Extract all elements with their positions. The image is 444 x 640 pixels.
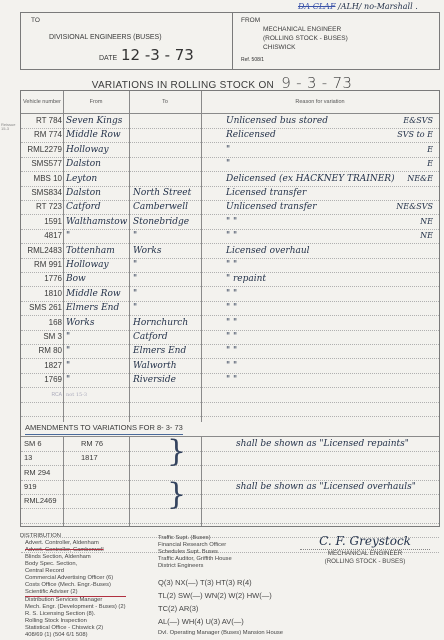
reason: " — [226, 143, 230, 157]
from-location: " — [66, 373, 70, 387]
top-annotation: DA CLAF /ALH/ no-Marshall . — [298, 2, 418, 11]
struck-annotation: DA CLAF — [298, 2, 336, 11]
from-location: " — [66, 359, 70, 373]
to-location: " — [133, 301, 137, 315]
division-code: E — [427, 157, 433, 171]
from-location: " — [66, 344, 70, 358]
side-note: Reissue 15-3 — [1, 123, 19, 131]
vehicle-number: 1810 — [44, 287, 62, 301]
vehicle-number: RT 723 — [36, 200, 62, 214]
table-row: RT 723CatfordCamberwellUnlicensed transf… — [21, 200, 439, 215]
distribution-item: District Engineers — [158, 563, 232, 570]
division-code: NE&E — [407, 172, 433, 186]
table-row: 1769"Riverside" " — [21, 373, 439, 388]
distribution-item: Body Spec. Section, — [25, 561, 126, 568]
division-code: NE — [420, 215, 433, 229]
table-row: RM 774Middle RowRelicensedSVS to E — [21, 128, 439, 143]
table-row — [21, 402, 439, 417]
distribution-item: Blinds Section, Aldenham — [25, 554, 126, 561]
to-location: Works — [133, 244, 161, 258]
signature-block: C. F. Greystock MECHANICAL ENGINEER (ROL… — [300, 534, 430, 566]
from-location: Holloway — [66, 258, 109, 272]
division-code: SVS to E — [397, 128, 433, 142]
distribution-item: 408/69 (1) (504 6/1 508) — [25, 632, 126, 639]
vehicle-number: RML2469 — [24, 494, 57, 508]
amendment-row — [21, 509, 439, 524]
table-row: RML2279Holloway"E — [21, 143, 439, 158]
from-location: not 15-3 — [66, 388, 87, 402]
distribution-item: Costs Office (Mech. Engr.-Buses) — [25, 582, 126, 589]
district-code-line: TL(2) SW(—) WN(2) W(2) HW(—) — [158, 591, 272, 600]
replacement-vehicle: 1817 — [81, 451, 98, 465]
to-location: Riverside — [133, 373, 176, 387]
to-location: Hornchurch — [133, 316, 188, 330]
table-row: RT 784Seven KingsUnlicensed bus storedE&… — [21, 114, 439, 129]
table-row: SMS834DalstonNorth StreetLicensed transf… — [21, 186, 439, 201]
distribution-item: Distribution Services Manager — [25, 597, 126, 604]
table-row: 1591WalthamstowStonebridge" "NE — [21, 215, 439, 230]
distribution-item: Rolling Stock Inspection — [25, 618, 126, 625]
reason: " " — [226, 215, 237, 229]
to-location: " — [133, 258, 137, 272]
amendment-reason: shall be shown as "Licensed repaints" — [236, 437, 409, 451]
from-location: Catford — [66, 200, 101, 214]
vehicle-number: RM 991 — [34, 258, 62, 272]
to-location: Stonebridge — [133, 215, 189, 229]
reason: " " — [226, 258, 237, 272]
vehicle-number: MBS 10 — [34, 172, 62, 186]
distribution-item: Schedules Supt. Buses — [158, 549, 232, 556]
from-location: Dalston — [66, 157, 101, 171]
from-line-2: (ROLLING STOCK - BUSES) — [263, 35, 348, 42]
col-header-to: To — [129, 91, 201, 113]
header-box: TO DIVISIONAL ENGINEERS (BUSES) DATE 12 … — [20, 12, 440, 70]
signature-role-1: MECHANICAL ENGINEER — [300, 550, 430, 558]
from-location: Middle Row — [66, 287, 121, 301]
to-location: Elmers End — [133, 344, 186, 358]
signature: C. F. Greystock — [300, 534, 430, 550]
distribution-right: Traffic Supt. (Buses)Financial Research … — [158, 535, 232, 570]
distribution-right-list: Traffic Supt. (Buses)Financial Research … — [158, 535, 232, 570]
from-line-1: MECHANICAL ENGINEER — [263, 26, 341, 33]
distribution-item: Traffic Supt. (Buses) — [158, 535, 232, 542]
reason: " — [226, 157, 230, 171]
district-code-line: Q(3) NX(—) T(3) HT(3) R(4) — [158, 578, 252, 587]
vehicle-number: RML2483 — [27, 244, 62, 258]
reason: Unlicensed transfer — [226, 200, 317, 214]
district-code-line: TC(2) AR(3) — [158, 604, 198, 613]
from-location: Tottenham — [66, 244, 115, 258]
reason: " " — [226, 330, 237, 344]
division-code: NE — [420, 229, 433, 243]
reason: Licensed transfer — [226, 186, 306, 200]
annotation-text: /ALH/ no-Marshall . — [338, 2, 418, 11]
distribution-item: Mech. Engr. (Development - Buses) (2) — [25, 604, 126, 611]
from-location: " — [66, 229, 70, 243]
reason: Licensed overhaul — [226, 244, 310, 258]
table-row: 1827"Walworth" " — [21, 359, 439, 374]
reason: " " — [226, 301, 237, 315]
vehicle-number: RCA — [51, 388, 62, 402]
amendment-row: 919shall be shown as "Licensed overhauls… — [21, 480, 439, 495]
reason: Relicensed — [226, 128, 276, 142]
distribution-item: Scientific Adviser (2) — [25, 589, 126, 597]
amendments-heading: AMENDMENTS TO VARIATIONS FOR 8- 3- 73 — [25, 422, 183, 435]
table-row: 4817""" "NE — [21, 229, 439, 244]
from-label: FROM — [241, 17, 260, 24]
distribution-heading: DISTRIBUTION — [20, 533, 126, 540]
table-row: SM 3"Catford" " — [21, 330, 439, 345]
vehicle-number: RT 784 — [36, 114, 62, 128]
vehicle-number: RML2279 — [27, 143, 62, 157]
vehicle-number: 1591 — [44, 215, 62, 229]
table-row: MBS 10LeytonDelicensed (ex HACKNEY TRAIN… — [21, 172, 439, 187]
table-row: SMS 261Elmers End"" " — [21, 301, 439, 316]
table-row: 168WorksHornchurch" " — [21, 316, 439, 331]
vehicle-number: 1827 — [44, 359, 62, 373]
amendment-reason: shall be shown as "Licensed overhauls" — [236, 480, 416, 494]
brace-mark: } — [167, 437, 186, 467]
amendment-row: RM 294 — [21, 466, 439, 481]
division-code: NE&SVS — [396, 200, 433, 214]
from-location: Leyton — [66, 172, 97, 186]
distribution-item: R. S. Licensing Section (8). — [25, 611, 126, 618]
district-code-line: AL(—) WH(4) U(3) AV(—) — [158, 617, 244, 626]
from-location: Holloway — [66, 143, 109, 157]
replacement-vehicle: RM 76 — [81, 437, 103, 451]
from-location: Elmers End — [66, 301, 119, 315]
vehicle-number: RM 774 — [34, 128, 62, 142]
col-header-vehicle: Vehicle number — [21, 91, 63, 113]
vehicle-number: 4817 — [44, 229, 62, 243]
table-row: RM 80"Elmers End" " — [21, 344, 439, 359]
to-location: Catford — [133, 330, 168, 344]
vehicle-number: SMS834 — [31, 186, 62, 200]
amendment-row: RML2469 — [21, 494, 439, 509]
reason: " " — [226, 229, 237, 243]
date-value: 12 -3 - 73 — [121, 46, 194, 64]
from-location: Works — [66, 316, 94, 330]
distribution-list: DISTRIBUTION Advert. Controller, Aldenha… — [20, 533, 126, 639]
distribution-item: Traffic Auditor, Griffith House — [158, 556, 232, 563]
distribution-left: Advert. Controller, AldenhamAdvert. Cont… — [20, 540, 126, 639]
table-row: RCAnot 15-3 — [21, 388, 439, 403]
vehicle-number: SM 3 — [43, 330, 62, 344]
to-location: " — [133, 287, 137, 301]
distribution-item: Statistical Office - Chiswick (2) — [25, 625, 126, 632]
table-row: RM 991Holloway"" " — [21, 258, 439, 273]
to-section: TO DIVISIONAL ENGINEERS (BUSES) DATE 12 … — [21, 13, 233, 69]
from-location: Walthamstow — [66, 215, 127, 229]
reason: " " — [226, 316, 237, 330]
reason: Unlicensed bus stored — [226, 114, 328, 128]
vehicle-number: 1769 — [44, 373, 62, 387]
from-location: Seven Kings — [66, 114, 122, 128]
col-header-reason: Reason for variation — [201, 91, 439, 113]
distribution-item: Commercial Advertising Officer (6) — [25, 575, 126, 582]
vehicle-number: 919 — [24, 480, 37, 494]
ref-number: Ref. 508/1 — [241, 57, 264, 63]
vehicle-number: SMS 261 — [29, 301, 62, 315]
distribution-item: Financial Research Officer — [158, 542, 232, 549]
vehicle-number: SM 6 — [24, 437, 42, 451]
signature-role-2: (ROLLING STOCK - BUSES) — [300, 558, 430, 566]
from-location: Middle Row — [66, 128, 121, 142]
vehicle-number: 168 — [49, 316, 62, 330]
from-section: FROM MECHANICAL ENGINEER (ROLLING STOCK … — [233, 13, 439, 69]
distribution-footer: Dvl. Operating Manager (Buses) Mansion H… — [158, 630, 283, 636]
date-label: DATE — [99, 55, 117, 62]
to-label: TO — [31, 17, 40, 24]
distribution-item: Advert. Controller, Camberwell — [25, 547, 126, 554]
to-location: Walworth — [133, 359, 177, 373]
reason: " " — [226, 287, 237, 301]
from-location: " — [66, 330, 70, 344]
amendment-row: SM 6RM 76shall be shown as "Licensed rep… — [21, 437, 439, 452]
table-row: SMS577Dalston"E — [21, 157, 439, 172]
distribution-item: Advert. Controller, Aldenham — [25, 540, 126, 547]
reason: " repaint — [226, 272, 266, 286]
vehicle-number: 13 — [24, 451, 32, 465]
to-location: North Street — [133, 186, 191, 200]
to-location: " — [133, 229, 137, 243]
reason: Delicensed (ex HACKNEY TRAINER) — [226, 172, 395, 186]
vehicle-number: 1776 — [44, 272, 62, 286]
table-row: 1810Middle Row"" " — [21, 287, 439, 302]
to-location: Camberwell — [133, 200, 188, 214]
from-line-3: CHISWICK — [263, 44, 296, 51]
to-location: " — [133, 272, 137, 286]
division-code: E&SVS — [403, 114, 433, 128]
variations-table: Vehicle number From To Reason for variat… — [20, 90, 440, 527]
amendment-row: 131817 — [21, 451, 439, 466]
brace-mark: } — [167, 480, 186, 510]
from-location: Dalston — [66, 186, 101, 200]
to-value: DIVISIONAL ENGINEERS (BUSES) — [49, 34, 162, 41]
reason: " " — [226, 359, 237, 373]
division-code: E — [427, 143, 433, 157]
vehicle-number: SMS577 — [31, 157, 62, 171]
table-row: RML2483TottenhamWorksLicensed overhaul — [21, 244, 439, 259]
reason: " " — [226, 344, 237, 358]
vehicle-number: RM 294 — [24, 466, 50, 480]
amendments-heading-row: AMENDMENTS TO VARIATIONS FOR 8- 3- 73 — [21, 422, 439, 437]
distribution-item: Central Record — [25, 568, 126, 575]
vehicle-number: RM 80 — [38, 344, 62, 358]
from-location: Bow — [66, 272, 86, 286]
table-row: 1776Bow"" repaint — [21, 272, 439, 287]
reason: " " — [226, 373, 237, 387]
col-header-from: From — [63, 91, 129, 113]
